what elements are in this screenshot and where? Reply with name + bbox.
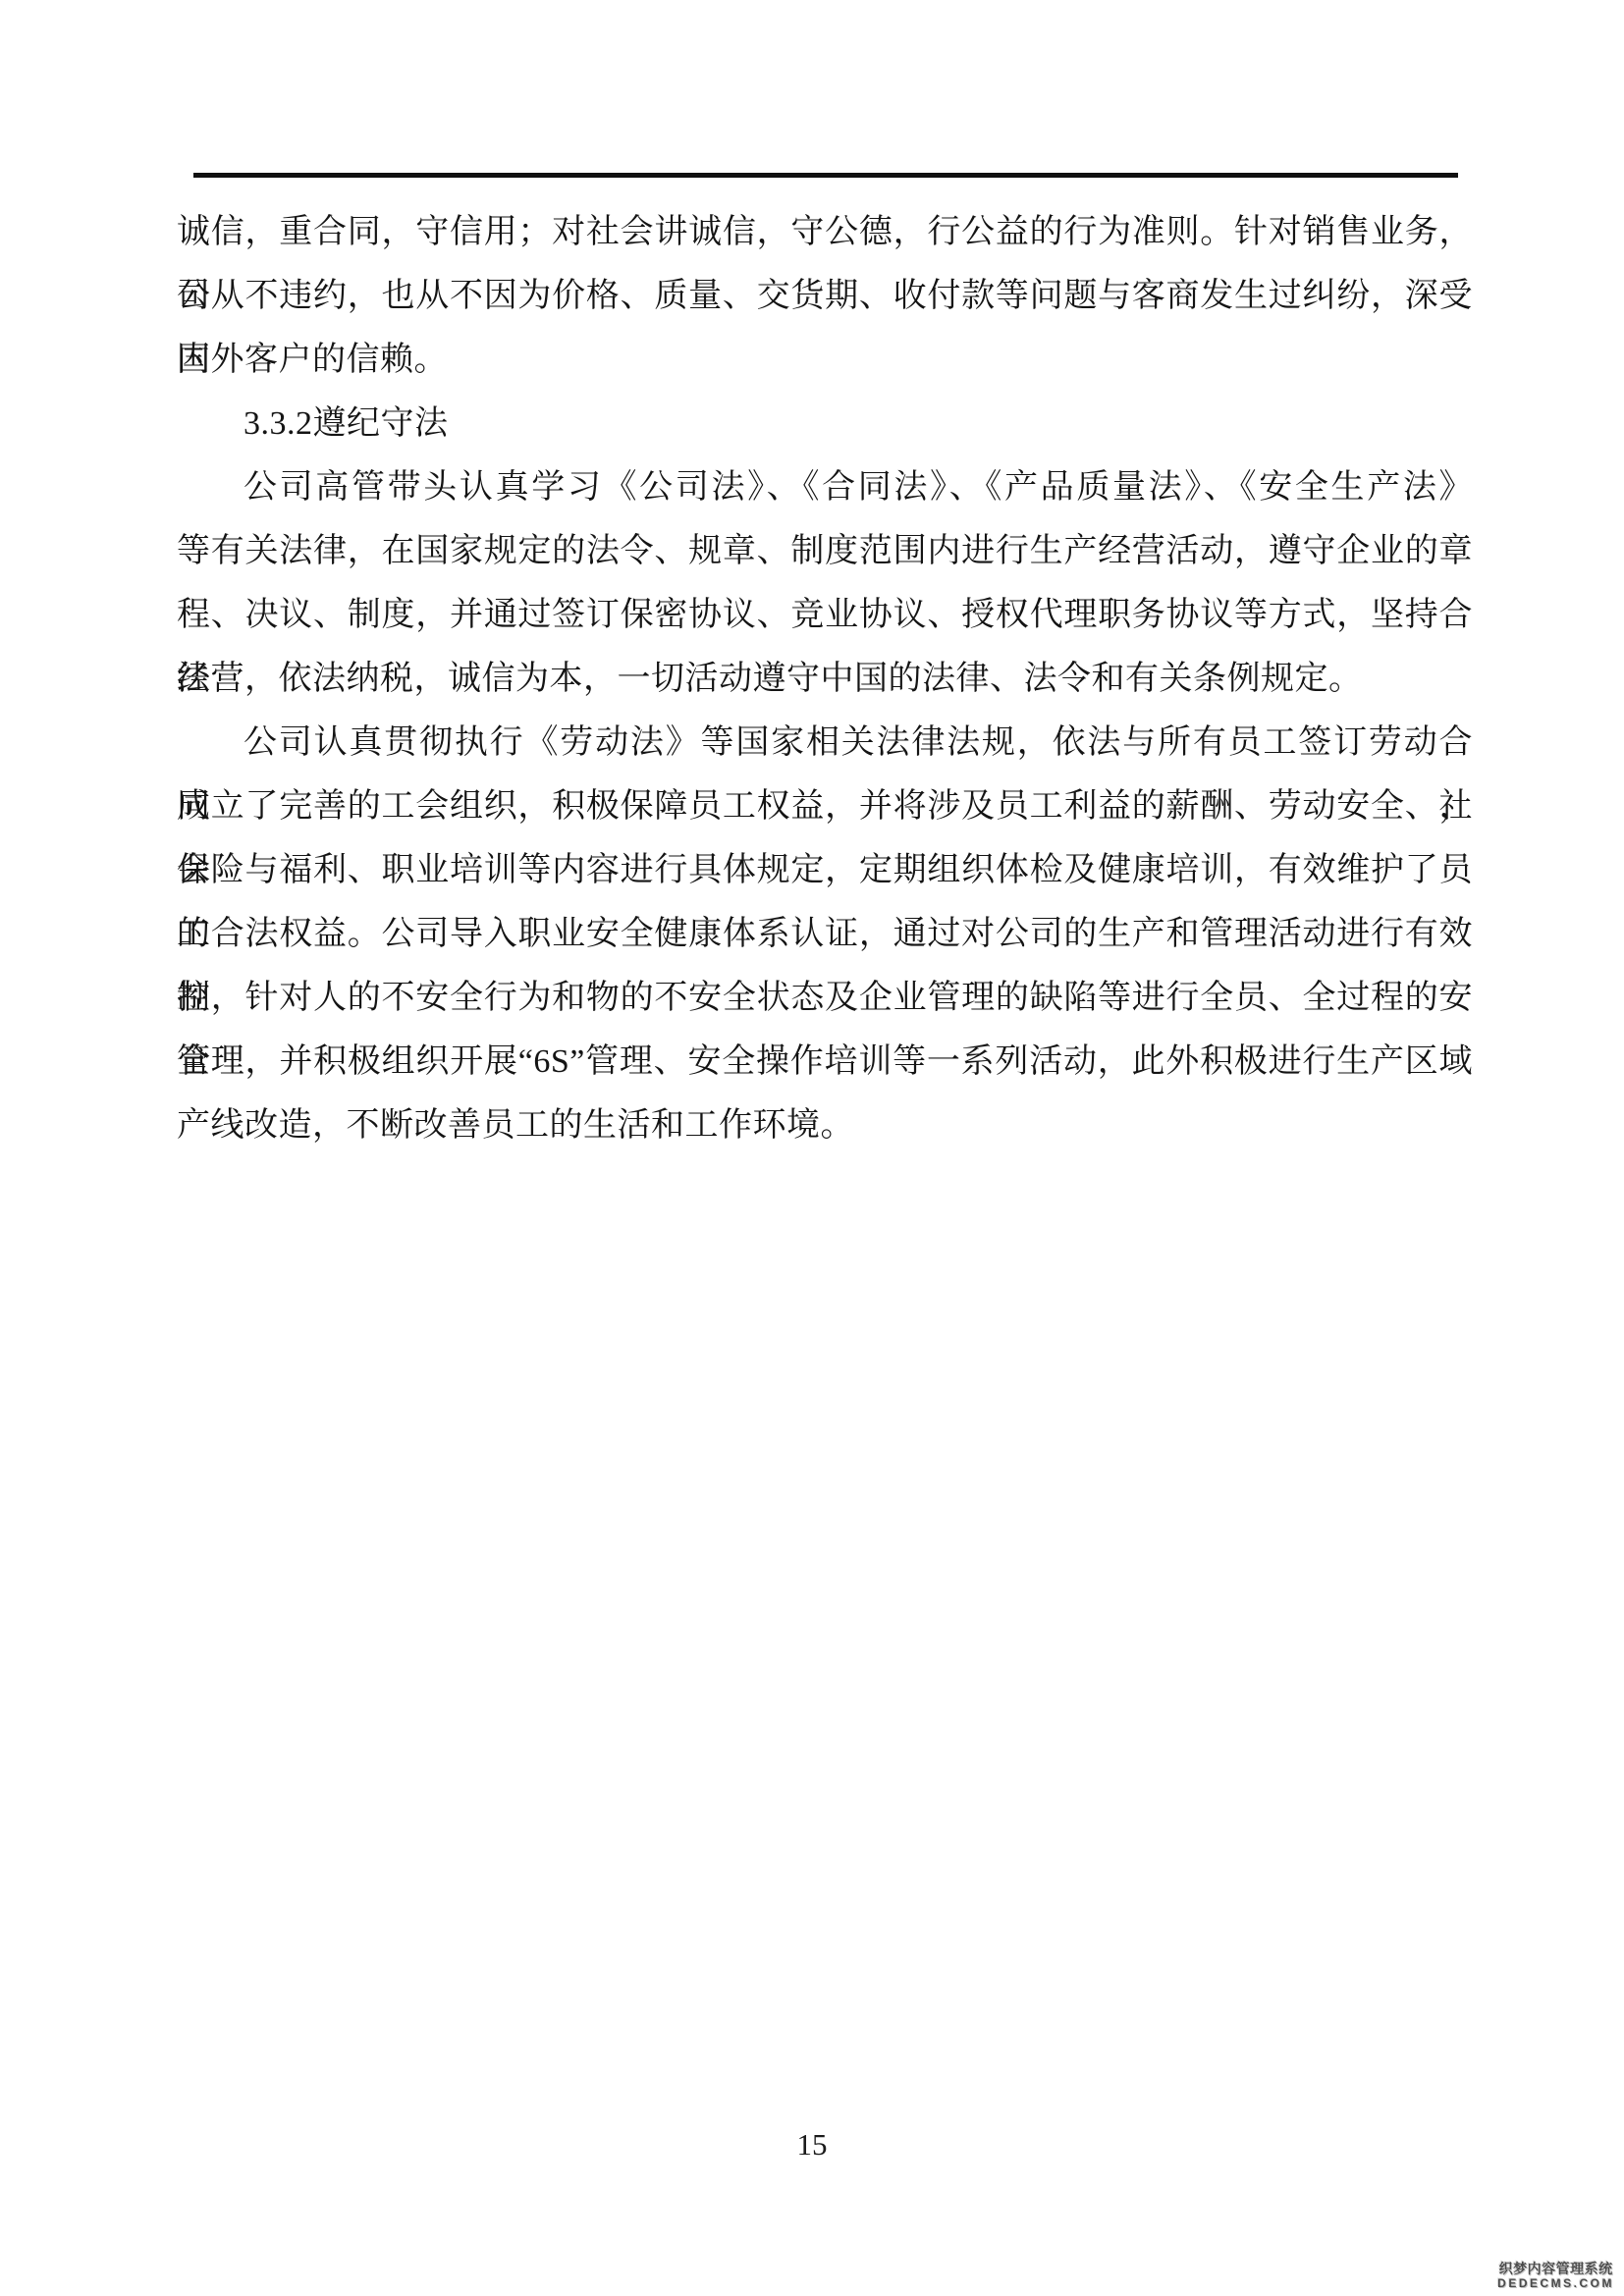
watermark-cms-name: 织梦内容管理系统 (1497, 2261, 1614, 2276)
body-line: 公司认真贯彻执行《劳动法》等国家相关法律法规，依法与所有员工签订劳动合同， (177, 711, 1473, 774)
cms-watermark: 织梦内容管理系统 DEDECMS.COM (1497, 2261, 1614, 2290)
body-line: 等有关法律，在国家规定的法令、规章、制度范围内进行生产经营活动，遵守企业的章 (177, 519, 1473, 583)
body-line: 司从不违约，也从不因为价格、质量、交货期、收付款等问题与客商发生过纠纷，深受国 (177, 264, 1473, 328)
body-line: 公司高管带头认真学习《公司法》、《合同法》、《产品质量法》、《安全生产法》 (177, 455, 1473, 519)
document-page: 诚信，重合同，守信用；对社会讲诚信，守公德，行公益的行为准则。针对销售业务，公 … (0, 0, 1624, 2296)
body-line: 诚信，重合同，守信用；对社会讲诚信，守公德，行公益的行为准则。针对销售业务，公 (177, 200, 1473, 264)
body-line: 管理，并积极组织开展“6S”管理、安全操作培训等一系列活动，此外积极进行生产区域 (177, 1030, 1473, 1094)
section-heading: 3.3.2遵纪守法 (177, 392, 1473, 455)
body-line: 的合法权益。公司导入职业安全健康体系认证，通过对公司的生产和管理活动进行有效控 (177, 902, 1473, 966)
body-line: 成立了完善的工会组织，积极保障员工权益，并将涉及员工利益的薪酬、劳动安全、社会 (177, 774, 1473, 838)
body-line: 程、决议、制度，并通过签订保密协议、竞业协议、授权代理职务协议等方式，坚持合法 (177, 583, 1473, 647)
page-number: 15 (0, 2128, 1624, 2162)
body-line: 制，针对人的不安全行为和物的不安全状态及企业管理的缺陷等进行全员、全过程的安全 (177, 966, 1473, 1030)
body-line: 产线改造，不断改善员工的生活和工作环境。 (177, 1094, 1473, 1157)
body-line: 保险与福利、职业培训等内容进行具体规定，定期组织体检及健康培训，有效维护了员工 (177, 838, 1473, 902)
body-line: 内外客户的信赖。 (177, 328, 1473, 392)
header-rule (193, 173, 1458, 178)
body-text-block: 诚信，重合同，守信用；对社会讲诚信，守公德，行公益的行为准则。针对销售业务，公 … (177, 200, 1473, 1157)
body-line: 经营，依法纳税，诚信为本，一切活动遵守中国的法律、法令和有关条例规定。 (177, 647, 1473, 711)
watermark-domain: DEDECMS.COM (1497, 2276, 1614, 2290)
